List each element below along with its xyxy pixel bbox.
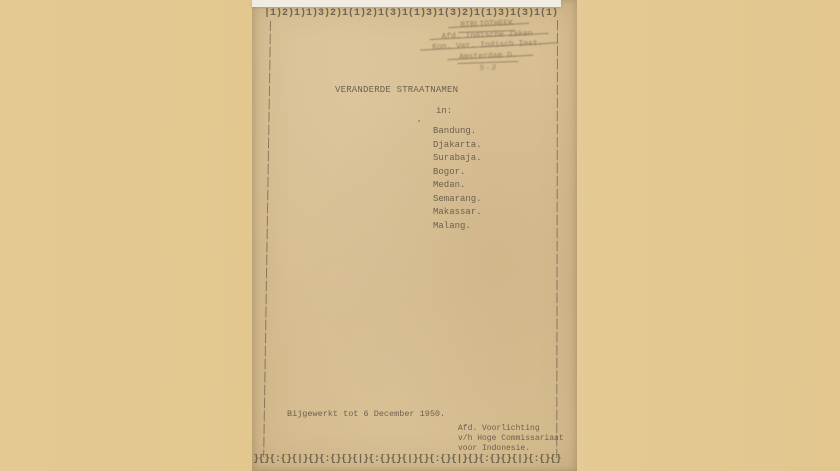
issuer-line-3: voor Indonesie. [458,444,564,454]
city-list-item: Semarang. [433,193,482,207]
city-list: Bandung. Djakarta. Surabaja. Bogor. Meda… [433,125,482,233]
subtitle-in-label: in: [436,106,452,116]
city-list-item: Surabaja. [433,152,482,166]
updated-date-line: Bijgewerkt tot 6 December 1950. [287,409,445,419]
issuer-block: Afd. Voorlichting v/h Hoge Commissariaat… [458,424,564,454]
ink-speck [418,120,420,122]
issuer-line-2: v/h Hoge Commissariaat [458,434,564,444]
library-stamp-crossed-out: BIBLIOTHEEK Afd. Indische Zaken Kon. Ver… [409,17,566,77]
scan-backing-strip [252,0,561,7]
stamp-line-4: Amsterdam O. [457,50,519,64]
scanned-paper-page: |1)2)1)1)3)2)1(1)2)1(3)1(1)3)1(3)2)1(1)3… [252,0,577,471]
document-title: VERANDERDE STRAATNAMEN [335,85,458,95]
city-list-item: Malang. [433,220,482,234]
city-list-item: Bogor. [433,166,482,180]
typed-border-bottom: }{}{:{}{|}{}{:{}{}{|}{:{}{}{|}{}{:{}{|}{… [253,454,562,467]
left-margin-rule [263,21,271,457]
city-list-item: Djakarta. [433,139,482,153]
city-list-item: Makassar. [433,206,482,220]
scanned-document-view: { "page": { "background_color": "#e3c791… [0,0,840,471]
right-margin-rule [556,20,558,458]
city-list-item: Medan. [433,179,482,193]
issuer-line-1: Afd. Voorlichting [458,424,564,434]
city-list-item: Bandung. [433,125,482,139]
